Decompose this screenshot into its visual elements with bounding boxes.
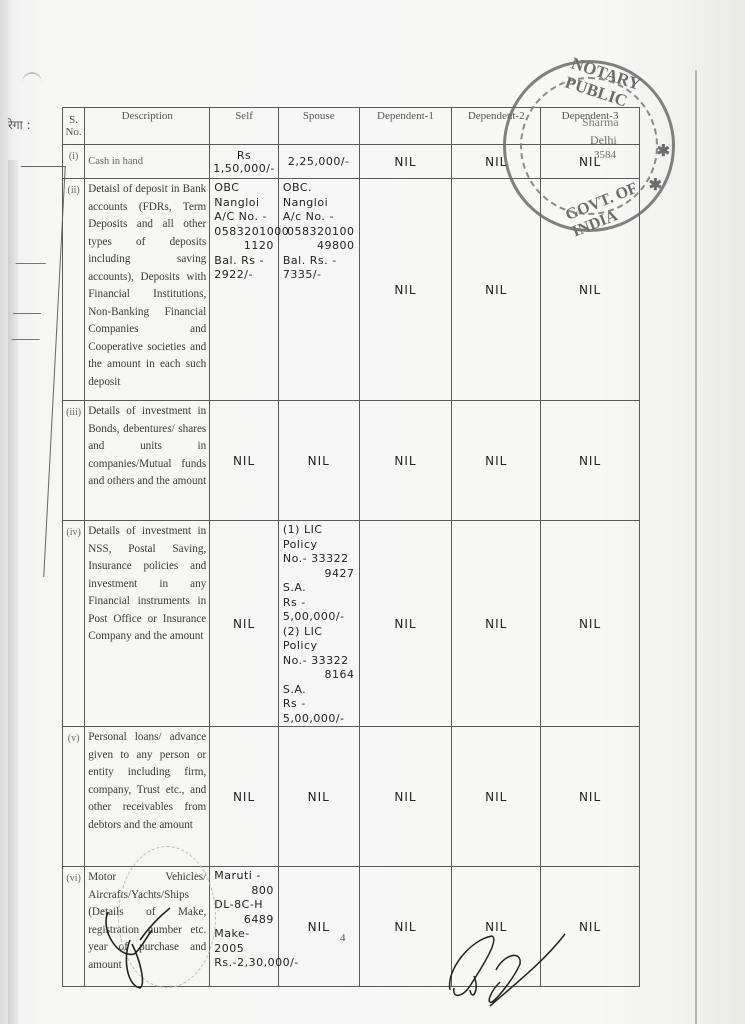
cell-self: NIL (210, 521, 279, 727)
cell-dependent-3: NIL (541, 401, 640, 521)
handwritten-entry: 2,25,000/- (279, 155, 359, 168)
handwritten-entry: 1120 (214, 239, 278, 254)
notary-stamp: NOTARY PUBLIC Sharma Delhi 3584 GOVT. OF… (503, 60, 675, 232)
row-description: Personal loans/ advance given to any per… (85, 727, 210, 867)
page-margin-line (695, 70, 697, 1024)
handwritten-entry: NIL (485, 283, 507, 297)
row-sr-no: (ii) (63, 179, 85, 401)
handwritten-entry: NIL (394, 790, 416, 804)
cell-self: OBCNangloiA/C No. -05832010001120Bal. Rs… (210, 179, 279, 401)
stamp-name: Sharma (582, 115, 619, 130)
handwritten-entry: NIL (579, 790, 601, 804)
handwritten-entry: Bal. Rs - (214, 254, 278, 269)
header-spouse: Spouse (278, 108, 359, 145)
row-description: Detaisl of deposit in Bank accounts (FDR… (85, 179, 210, 401)
signature-notary-icon (100, 900, 180, 995)
handwritten-entry: No.- 33322 (283, 552, 359, 567)
cell-spouse: OBC. NangloiA/c No. -05832010049800Bal. … (278, 179, 359, 401)
handwritten-entry: 058320100 (283, 225, 359, 240)
handwritten-entry: No.- 33322 (283, 654, 359, 669)
handwritten-entry: A/c No. - (283, 210, 359, 225)
cell-self: NIL (210, 727, 279, 867)
handwritten-entry: Rs.-2,30,000/- (214, 956, 278, 971)
handwritten-entry: 49800 (283, 239, 359, 254)
row-description: Details of investment in NSS, Postal Sav… (85, 521, 210, 727)
handwritten-entry: Rs 1,50,000/- (210, 149, 278, 175)
handwritten-entry: NIL (579, 283, 601, 297)
row-description: Cash in hand (85, 145, 210, 179)
cell-self: Rs 1,50,000/- (210, 145, 279, 179)
header-description: Description (85, 108, 210, 145)
handwritten-entry: S.A. (283, 581, 359, 596)
signature-declarant-icon (440, 930, 570, 1010)
star-icon: ✱ (657, 141, 670, 161)
cell-spouse: 2,25,000/- (278, 145, 359, 179)
handwritten-entry: Make-2005 (214, 927, 278, 956)
cell-dependent-3: NIL (541, 727, 640, 867)
handwritten-entry: NIL (579, 617, 601, 631)
handwritten-entry: Rs - 5,00,000/- (283, 596, 359, 625)
row-sr-no: (v) (63, 727, 85, 867)
handwritten-entry: DL-8C-H (214, 898, 278, 913)
handwritten-entry: 2922/- (214, 268, 278, 283)
handwritten-entry: NIL (279, 790, 359, 804)
cell-self: Maruti -800DL-8C-H6489Make-2005Rs.-2,30,… (210, 867, 279, 987)
table-row: (iii)Details of investment in Bonds, deb… (63, 401, 640, 521)
handwritten-entry: NIL (394, 920, 416, 934)
cell-dependent-3: NIL (541, 521, 640, 727)
handwritten-entry: (1) LIC Policy (283, 523, 359, 552)
handwritten-entry: 800 (214, 884, 278, 899)
handwritten-entry: NIL (579, 920, 601, 934)
header-self: Self (210, 108, 279, 145)
handwritten-entry: NIL (485, 454, 507, 468)
cell-spouse: NIL (278, 727, 359, 867)
cell-dependent-2: NIL (452, 179, 541, 401)
star-icon: ✱ (649, 175, 662, 195)
cell-dependent-1: NIL (359, 145, 452, 179)
handwritten-entry: NIL (394, 454, 416, 468)
header-sr-no: S. No. (63, 108, 85, 145)
cell-dependent-1: NIL (359, 727, 452, 867)
handwritten-entry: Nangloi (214, 196, 278, 211)
cell-dependent-2: NIL (452, 521, 541, 727)
page-number: 4 (340, 932, 346, 944)
handwritten-entry: NIL (394, 283, 416, 297)
cell-dependent-2: NIL (452, 401, 541, 521)
header-dependent-1: Dependent-1 (359, 108, 452, 145)
cell-dependent-1: NIL (359, 521, 452, 727)
handwritten-entry: 8164 (283, 668, 359, 683)
cell-dependent-1: NIL (359, 401, 452, 521)
handwritten-entry: NIL (210, 454, 278, 468)
handwritten-entry: (2) LIC Policy (283, 625, 359, 654)
cell-dependent-2: NIL (452, 727, 541, 867)
punch-hole-mark (22, 72, 42, 94)
handwritten-entry: Maruti - (214, 869, 278, 884)
cell-spouse: NIL (278, 401, 359, 521)
cell-spouse: (1) LIC PolicyNo.- 333229427S.A.Rs - 5,0… (278, 521, 359, 727)
cell-dependent-1: NIL (359, 179, 452, 401)
handwritten-entry: NIL (485, 790, 507, 804)
handwritten-entry: OBC. Nangloi (283, 181, 359, 210)
table-row: (v)Personal loans/ advance given to any … (63, 727, 640, 867)
stamp-reg-no: 3584 (594, 149, 616, 161)
row-sr-no: (iv) (63, 521, 85, 727)
row-sr-no: (i) (63, 145, 85, 179)
row-sr-no: (iii) (63, 401, 85, 521)
handwritten-entry: A/C No. - (214, 210, 278, 225)
handwritten-entry: NIL (279, 454, 359, 468)
handwritten-entry: NIL (279, 920, 359, 934)
cell-self: NIL (210, 401, 279, 521)
cell-dependent-1: NIL (359, 867, 452, 987)
handwritten-entry: OBC (214, 181, 278, 196)
row-description: Details of investment in Bonds, debentur… (85, 401, 210, 521)
handwritten-entry: NIL (210, 790, 278, 804)
handwritten-entry: NIL (210, 617, 278, 631)
handwritten-entry: 6489 (214, 913, 278, 928)
handwritten-entry: S.A. (283, 683, 359, 698)
handwritten-entry: 9427 (283, 567, 359, 582)
handwritten-entry: 7335/- (283, 268, 359, 283)
margin-label: रेगा : (8, 116, 31, 133)
handwritten-entry: NIL (579, 454, 601, 468)
handwritten-entry: Bal. Rs. - (283, 254, 359, 269)
handwritten-entry: NIL (394, 155, 416, 169)
handwritten-entry: NIL (394, 617, 416, 631)
handwritten-entry: 0583201000 (214, 225, 278, 240)
scanned-page: रेगा : S. No. Description Self Spouse De… (0, 0, 745, 1024)
stamp-city: Delhi (590, 133, 617, 148)
handwritten-entry: NIL (485, 617, 507, 631)
handwritten-entry: Rs - 5,00,000/- (283, 697, 359, 726)
row-sr-no: (vi) (63, 867, 85, 987)
table-row: (iv)Details of investment in NSS, Postal… (63, 521, 640, 727)
